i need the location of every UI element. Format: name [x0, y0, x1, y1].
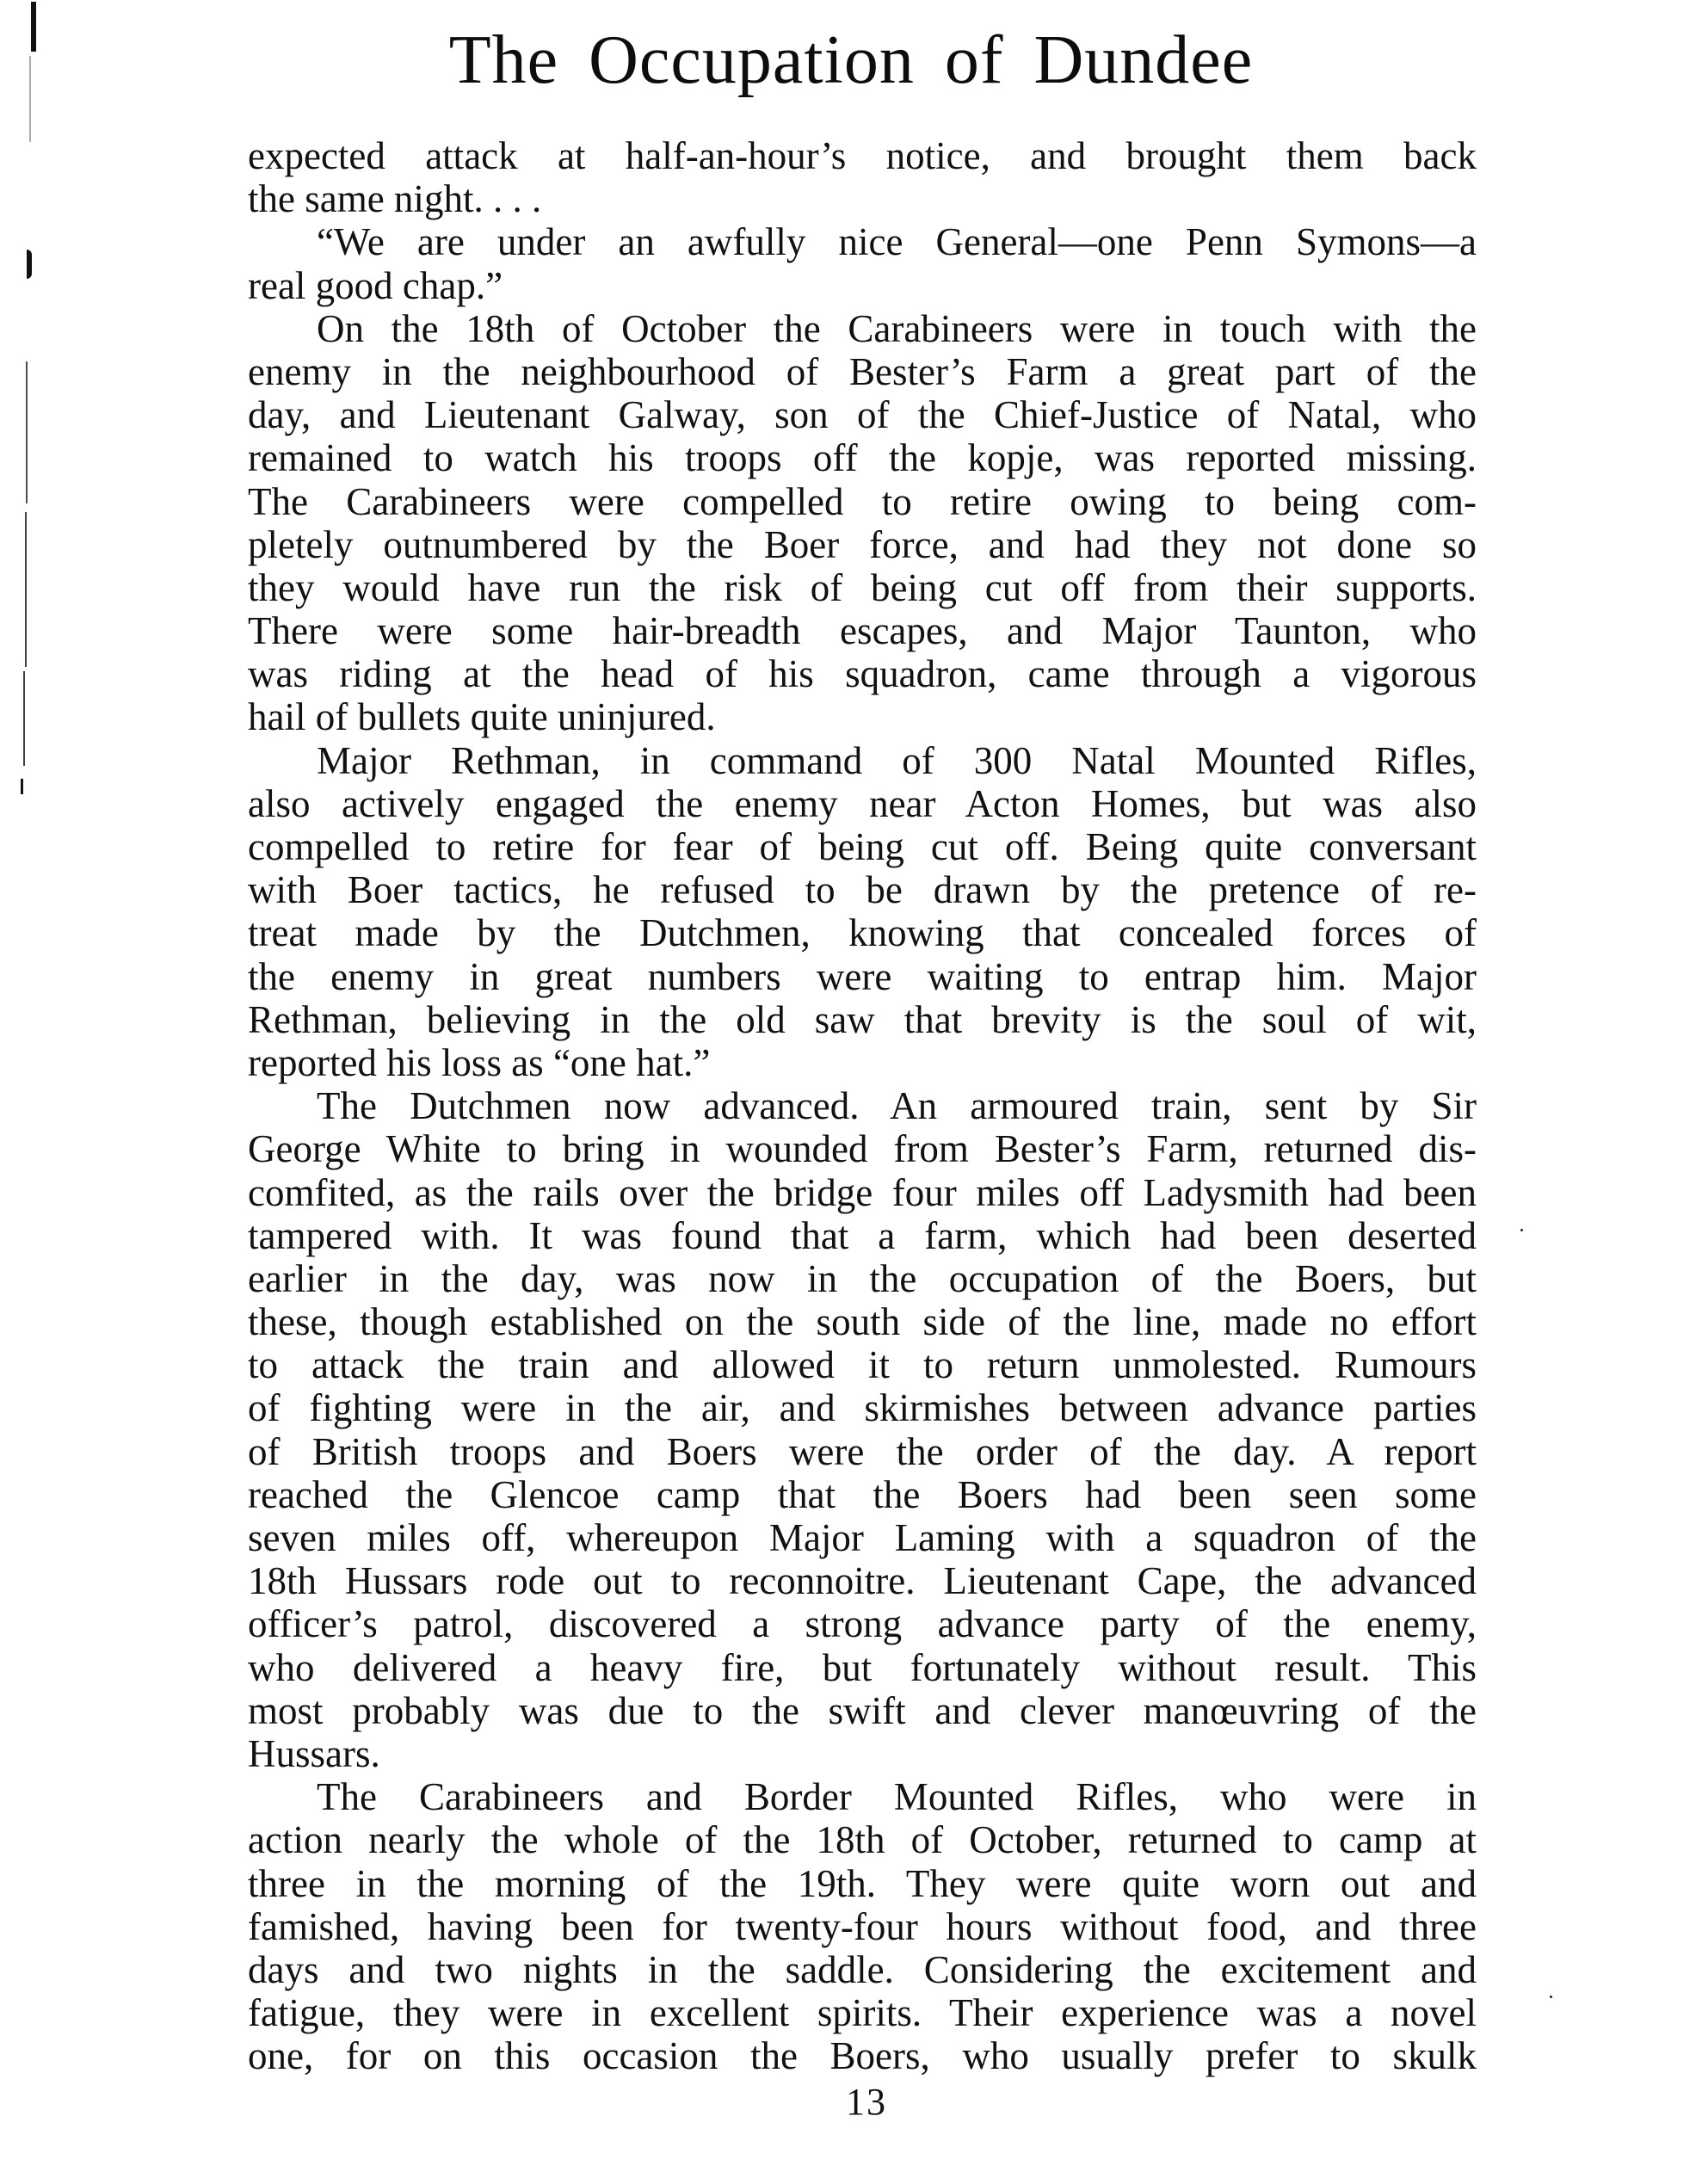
text-line: There were some hair-breadth escapes, an…: [248, 609, 1477, 652]
text-line: compelled to retire for fear of being cu…: [248, 825, 1477, 868]
text-line: expected attack at half-an-hour’s notice…: [248, 134, 1477, 177]
scan-artifact-mark: [21, 779, 23, 794]
text-line: these, though established on the south s…: [248, 1300, 1477, 1343]
paragraph: The Carabineers and Border Mounted Rifle…: [248, 1775, 1477, 2077]
text-line: enemy in the neighbourhood of Bester’s F…: [248, 350, 1477, 393]
text-line: the enemy in great numbers were waiting …: [248, 955, 1477, 998]
text-line: of British troops and Boers were the ord…: [248, 1430, 1477, 1473]
text-line: remained to watch his troops off the kop…: [248, 436, 1477, 479]
text-line: pletely outnumbered by the Boer force, a…: [248, 523, 1477, 566]
text-line: was riding at the head of his squadron, …: [248, 652, 1477, 695]
text-line: treat made by the Dutchmen, knowing that…: [248, 911, 1477, 954]
text-line: Hussars.: [248, 1732, 1477, 1775]
paragraph: The Dutchmen now advanced. An armoured t…: [248, 1084, 1477, 1775]
body-text: expected attack at half-an-hour’s notice…: [248, 134, 1477, 2077]
text-line: to attack the train and allowed it to re…: [248, 1343, 1477, 1386]
text-line: tampered with. It was found that a farm,…: [248, 1214, 1477, 1257]
text-line: the same night. . . .: [248, 177, 1477, 220]
running-title: The Occupation of Dundee: [0, 19, 1702, 102]
text-line: also actively engaged the enemy near Act…: [248, 782, 1477, 825]
text-line: three in the morning of the 19th. They w…: [248, 1862, 1477, 1905]
text-line: The Carabineers and Border Mounted Rifle…: [248, 1775, 1477, 1818]
text-line: 18th Hussars rode out to reconnoitre. Li…: [248, 1559, 1477, 1602]
text-line: “We are under an awfully nice General—on…: [248, 220, 1477, 263]
text-line: action nearly the whole of the 18th of O…: [248, 1818, 1477, 1861]
text-line: Major Rethman, in command of 300 Natal M…: [248, 739, 1477, 782]
scan-artifact-rule: [23, 671, 25, 766]
scan-artifact-dot: [1520, 1229, 1523, 1231]
scan-artifact-crescent: [27, 250, 32, 279]
text-line: real good chap.”: [248, 264, 1477, 307]
text-line: reached the Glencoe camp that the Boers …: [248, 1473, 1477, 1516]
text-line: of fighting were in the air, and skirmis…: [248, 1386, 1477, 1429]
book-page: The Occupation of Dundee expected attack…: [0, 0, 1702, 2184]
text-line: earlier in the day, was now in the occup…: [248, 1257, 1477, 1300]
text-line: days and two nights in the saddle. Consi…: [248, 1948, 1477, 1991]
text-line: officer’s patrol, discovered a strong ad…: [248, 1602, 1477, 1645]
scan-artifact-dot: [1550, 1996, 1552, 1998]
text-line: hail of bullets quite uninjured.: [248, 695, 1477, 738]
text-line: they would have run the risk of being cu…: [248, 566, 1477, 609]
text-line: George White to bring in wounded from Be…: [248, 1127, 1477, 1170]
text-line: reported his loss as “one hat.”: [248, 1041, 1477, 1084]
text-line: The Carabineers were compelled to retire…: [248, 480, 1477, 523]
text-line: day, and Lieutenant Galway, son of the C…: [248, 393, 1477, 436]
paragraph: On the 18th of October the Carabineers w…: [248, 307, 1477, 739]
paragraph: “We are under an awfully nice General—on…: [248, 220, 1477, 306]
text-line: The Dutchmen now advanced. An armoured t…: [248, 1084, 1477, 1127]
text-line: one, for on this occasion the Boers, who…: [248, 2034, 1477, 2077]
text-line: famished, having been for twenty-four ho…: [248, 1905, 1477, 1948]
page-number: 13: [0, 2081, 1702, 2124]
text-line: comfited, as the rails over the bridge f…: [248, 1171, 1477, 1214]
text-line: fatigue, they were in excellent spirits.…: [248, 1991, 1477, 2034]
text-line: most probably was due to the swift and c…: [248, 1689, 1477, 1732]
text-line: with Boer tactics, he refused to be draw…: [248, 868, 1477, 911]
paragraph: Major Rethman, in command of 300 Natal M…: [248, 739, 1477, 1085]
text-line: who delivered a heavy fire, but fortunat…: [248, 1646, 1477, 1689]
scan-artifact-rule: [25, 512, 27, 667]
text-line: On the 18th of October the Carabineers w…: [248, 307, 1477, 350]
scan-artifact-rule: [26, 361, 28, 503]
text-line: Rethman, believing in the old saw that b…: [248, 998, 1477, 1041]
paragraph: expected attack at half-an-hour’s notice…: [248, 134, 1477, 220]
text-line: seven miles off, whereupon Major Laming …: [248, 1516, 1477, 1559]
